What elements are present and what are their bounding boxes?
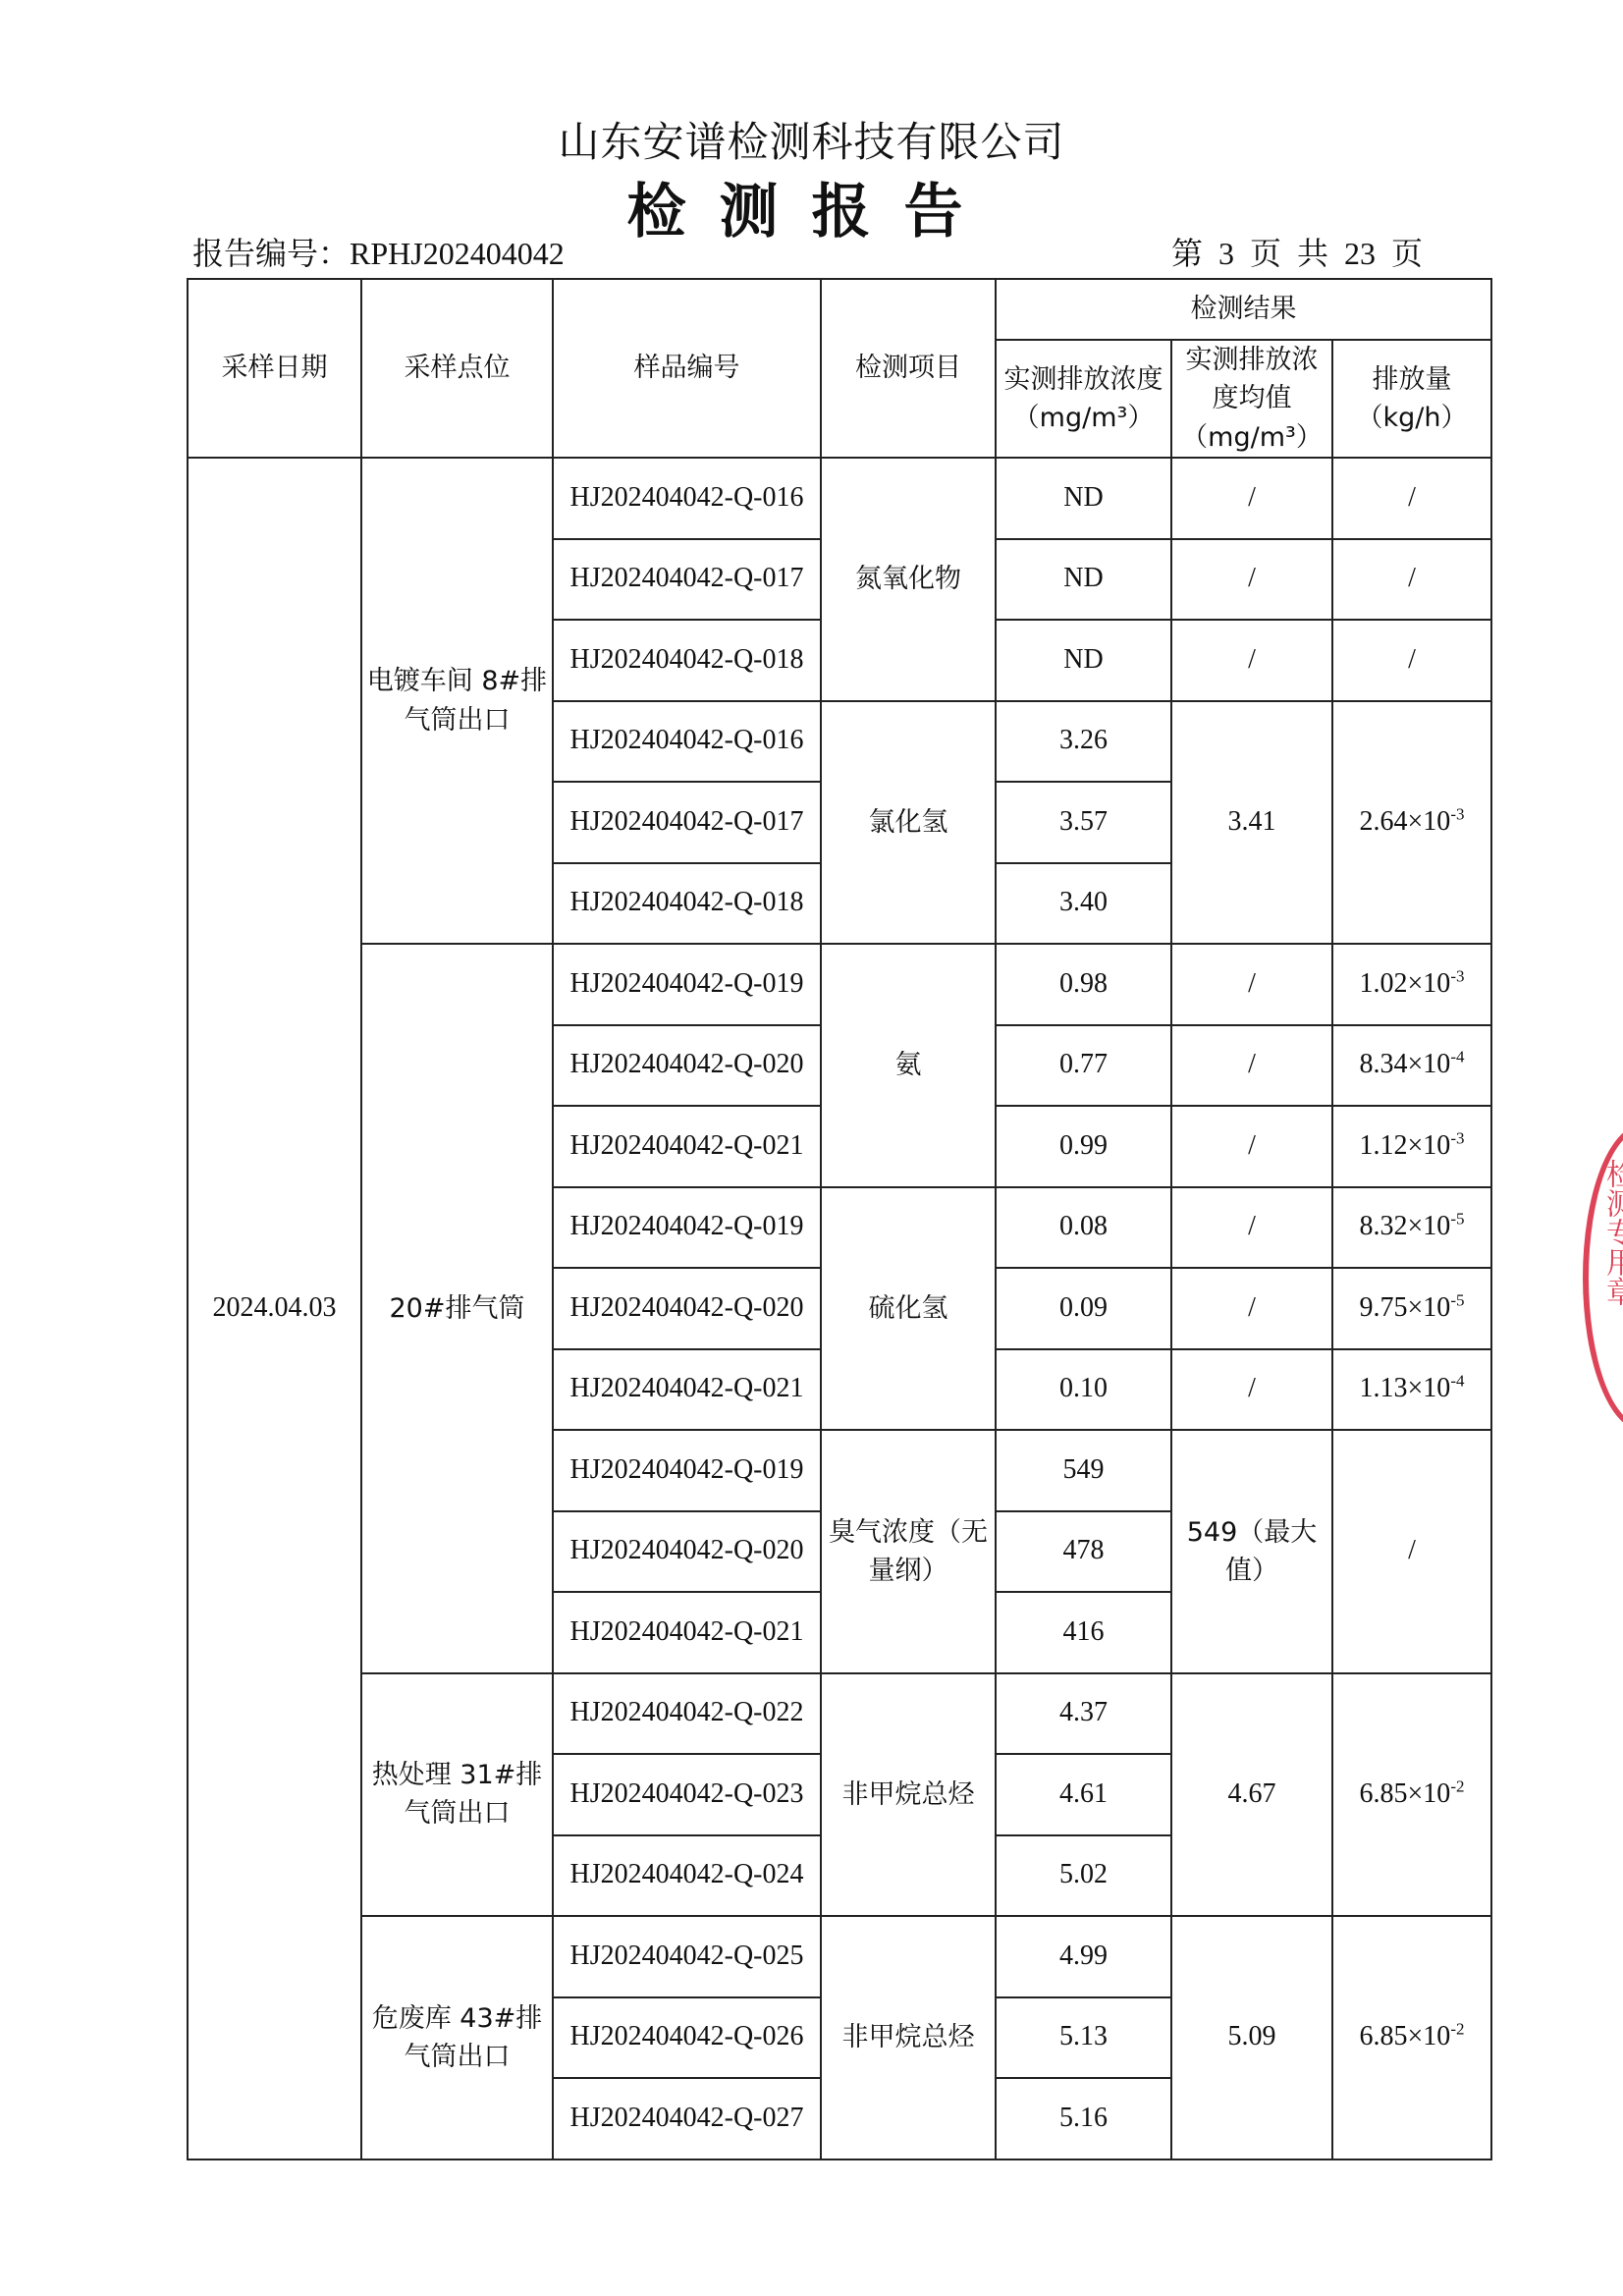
sample-id: HJ202404042-Q-017 bbox=[553, 539, 821, 621]
sample-id: HJ202404042-Q-021 bbox=[553, 1592, 821, 1673]
page-indicator: 第 3 页 共 23 页 bbox=[1171, 229, 1423, 274]
report-number: 报告编号：RPHJ202404042 bbox=[192, 229, 565, 274]
sample-id: HJ202404042-Q-018 bbox=[553, 863, 821, 945]
emission-rate: / bbox=[1332, 620, 1491, 701]
table-row: 20#排气筒HJ202404042-Q-019氨0.98/1.02×10-3 bbox=[188, 944, 1491, 1025]
emission-rate: 9.75×10-5 bbox=[1332, 1268, 1491, 1349]
table-row: 危废库 43#排气筒出口HJ202404042-Q-025非甲烷总烃4.995.… bbox=[188, 1916, 1491, 1997]
emission-rate: 8.32×10-5 bbox=[1332, 1187, 1491, 1269]
test-item: 氯化氢 bbox=[821, 701, 996, 945]
emission-exponent: -5 bbox=[1450, 1291, 1464, 1310]
concentration-average: / bbox=[1171, 1025, 1332, 1107]
concentration-average: 3.41 bbox=[1171, 701, 1332, 945]
measured-concentration: 4.37 bbox=[996, 1673, 1171, 1755]
emission-rate: 2.64×10-3 bbox=[1332, 701, 1491, 945]
emission-rate: 1.02×10-3 bbox=[1332, 944, 1491, 1025]
emission-rate: 1.12×10-3 bbox=[1332, 1106, 1491, 1187]
sample-id: HJ202404042-Q-026 bbox=[553, 1997, 821, 2079]
sample-id: HJ202404042-Q-025 bbox=[553, 1916, 821, 1997]
measured-concentration: 416 bbox=[996, 1592, 1171, 1673]
header-date: 采样日期 bbox=[188, 279, 361, 458]
sample-id: HJ202404042-Q-022 bbox=[553, 1673, 821, 1755]
concentration-average: / bbox=[1171, 1106, 1332, 1187]
sample-id: HJ202404042-Q-021 bbox=[553, 1106, 821, 1187]
emission-mantissa: 2.64×10 bbox=[1360, 806, 1451, 837]
concentration-average: / bbox=[1171, 620, 1332, 701]
header-location: 采样点位 bbox=[361, 279, 553, 458]
emission-mantissa: 9.75×10 bbox=[1360, 1292, 1451, 1323]
emission-rate: 6.85×10-2 bbox=[1332, 1673, 1491, 1917]
measured-concentration: 4.61 bbox=[996, 1754, 1171, 1835]
emission-mantissa: 1.12×10 bbox=[1360, 1130, 1451, 1161]
test-item: 臭气浓度（无量纲） bbox=[821, 1430, 996, 1673]
measured-concentration: 5.16 bbox=[996, 2078, 1171, 2159]
table-row: 2024.04.03电镀车间 8#排气筒出口HJ202404042-Q-016氮… bbox=[188, 458, 1491, 539]
measured-concentration: 0.10 bbox=[996, 1349, 1171, 1431]
header-emission: 排放量（kg/h） bbox=[1332, 340, 1491, 458]
emission-exponent: -3 bbox=[1450, 805, 1464, 824]
measured-concentration: ND bbox=[996, 458, 1171, 539]
measured-concentration: 4.99 bbox=[996, 1916, 1171, 1997]
sample-id: HJ202404042-Q-027 bbox=[553, 2078, 821, 2159]
sample-id: HJ202404042-Q-024 bbox=[553, 1835, 821, 1917]
report-number-value: RPHJ202404042 bbox=[350, 236, 565, 271]
emission-exponent: -4 bbox=[1450, 1048, 1464, 1066]
sample-id: HJ202404042-Q-016 bbox=[553, 458, 821, 539]
test-item: 非甲烷总烃 bbox=[821, 1673, 996, 1917]
measured-concentration: ND bbox=[996, 539, 1171, 621]
concentration-average: / bbox=[1171, 539, 1332, 621]
header-results: 检测结果 bbox=[996, 279, 1491, 340]
test-item: 硫化氢 bbox=[821, 1187, 996, 1431]
sample-id: HJ202404042-Q-021 bbox=[553, 1349, 821, 1431]
emission-exponent: -5 bbox=[1450, 1210, 1464, 1229]
measured-concentration: 3.40 bbox=[996, 863, 1171, 945]
emission-rate: 6.85×10-2 bbox=[1332, 1916, 1491, 2159]
header-sample-id: 样品编号 bbox=[553, 279, 821, 458]
emission-exponent: -2 bbox=[1450, 1777, 1464, 1796]
concentration-average: 4.67 bbox=[1171, 1673, 1332, 1917]
measured-concentration: 5.13 bbox=[996, 1997, 1171, 2079]
header-conc: 实测排放浓度（mg/m³） bbox=[996, 340, 1171, 458]
measured-concentration: ND bbox=[996, 620, 1171, 701]
emission-mantissa: 6.85×10 bbox=[1360, 1778, 1451, 1809]
emission-rate: 1.13×10-4 bbox=[1332, 1349, 1491, 1431]
measured-concentration: 549 bbox=[996, 1430, 1171, 1511]
measured-concentration: 0.99 bbox=[996, 1106, 1171, 1187]
sampling-location: 20#排气筒 bbox=[361, 944, 553, 1673]
sample-id: HJ202404042-Q-018 bbox=[553, 620, 821, 701]
concentration-average: / bbox=[1171, 1268, 1332, 1349]
concentration-average: 5.09 bbox=[1171, 1916, 1332, 2159]
measured-concentration: 3.57 bbox=[996, 782, 1171, 863]
measured-concentration: 0.98 bbox=[996, 944, 1171, 1025]
sampling-date: 2024.04.03 bbox=[188, 458, 361, 2159]
emission-mantissa: 6.85×10 bbox=[1360, 2021, 1451, 2051]
sample-id: HJ202404042-Q-017 bbox=[553, 782, 821, 863]
sample-id: HJ202404042-Q-020 bbox=[553, 1268, 821, 1349]
concentration-average: / bbox=[1171, 1187, 1332, 1269]
measured-concentration: 5.02 bbox=[996, 1835, 1171, 1917]
sample-id: HJ202404042-Q-019 bbox=[553, 944, 821, 1025]
header-conc-avg: 实测排放浓度均值（mg/m³） bbox=[1171, 340, 1332, 458]
report-number-label: 报告编号： bbox=[192, 236, 350, 271]
measured-concentration: 3.26 bbox=[996, 701, 1171, 783]
sampling-location: 热处理 31#排气筒出口 bbox=[361, 1673, 553, 1917]
test-item: 氮氧化物 bbox=[821, 458, 996, 701]
emission-mantissa: 1.13×10 bbox=[1360, 1373, 1451, 1403]
stamp-text: 检测专用章 bbox=[1596, 1159, 1623, 1306]
emission-exponent: -3 bbox=[1450, 1129, 1464, 1148]
emission-mantissa: 8.34×10 bbox=[1360, 1049, 1451, 1079]
measured-concentration: 0.08 bbox=[996, 1187, 1171, 1269]
emission-rate: / bbox=[1332, 1430, 1491, 1673]
concentration-average: / bbox=[1171, 1349, 1332, 1431]
emission-mantissa: 1.02×10 bbox=[1360, 968, 1451, 999]
emission-rate: 8.34×10-4 bbox=[1332, 1025, 1491, 1107]
emission-rate: / bbox=[1332, 539, 1491, 621]
measured-concentration: 0.77 bbox=[996, 1025, 1171, 1107]
sample-id: HJ202404042-Q-019 bbox=[553, 1430, 821, 1511]
emission-exponent: -2 bbox=[1450, 2020, 1464, 2039]
results-table: 采样日期 采样点位 样品编号 检测项目 检测结果 实测排放浓度（mg/m³） 实… bbox=[187, 278, 1492, 2160]
header-item: 检测项目 bbox=[821, 279, 996, 458]
sample-id: HJ202404042-Q-016 bbox=[553, 701, 821, 783]
table-row: 热处理 31#排气筒出口HJ202404042-Q-022非甲烷总烃4.374.… bbox=[188, 1673, 1491, 1755]
sampling-location: 电镀车间 8#排气筒出口 bbox=[361, 458, 553, 944]
concentration-average: 549（最大值） bbox=[1171, 1430, 1332, 1673]
emission-exponent: -4 bbox=[1450, 1372, 1464, 1391]
sampling-location: 危废库 43#排气筒出口 bbox=[361, 1916, 553, 2159]
emission-exponent: -3 bbox=[1450, 967, 1464, 986]
emission-rate: / bbox=[1332, 458, 1491, 539]
emission-mantissa: 8.32×10 bbox=[1360, 1211, 1451, 1241]
sample-id: HJ202404042-Q-020 bbox=[553, 1511, 821, 1593]
concentration-average: / bbox=[1171, 458, 1332, 539]
measured-concentration: 0.09 bbox=[996, 1268, 1171, 1349]
sample-id: HJ202404042-Q-023 bbox=[553, 1754, 821, 1835]
sample-id: HJ202404042-Q-019 bbox=[553, 1187, 821, 1269]
test-item: 非甲烷总烃 bbox=[821, 1916, 996, 2159]
sample-id: HJ202404042-Q-020 bbox=[553, 1025, 821, 1107]
test-item: 氨 bbox=[821, 944, 996, 1187]
concentration-average: / bbox=[1171, 944, 1332, 1025]
company-name: 山东安谱检测科技有限公司 bbox=[0, 110, 1623, 169]
measured-concentration: 478 bbox=[996, 1511, 1171, 1593]
